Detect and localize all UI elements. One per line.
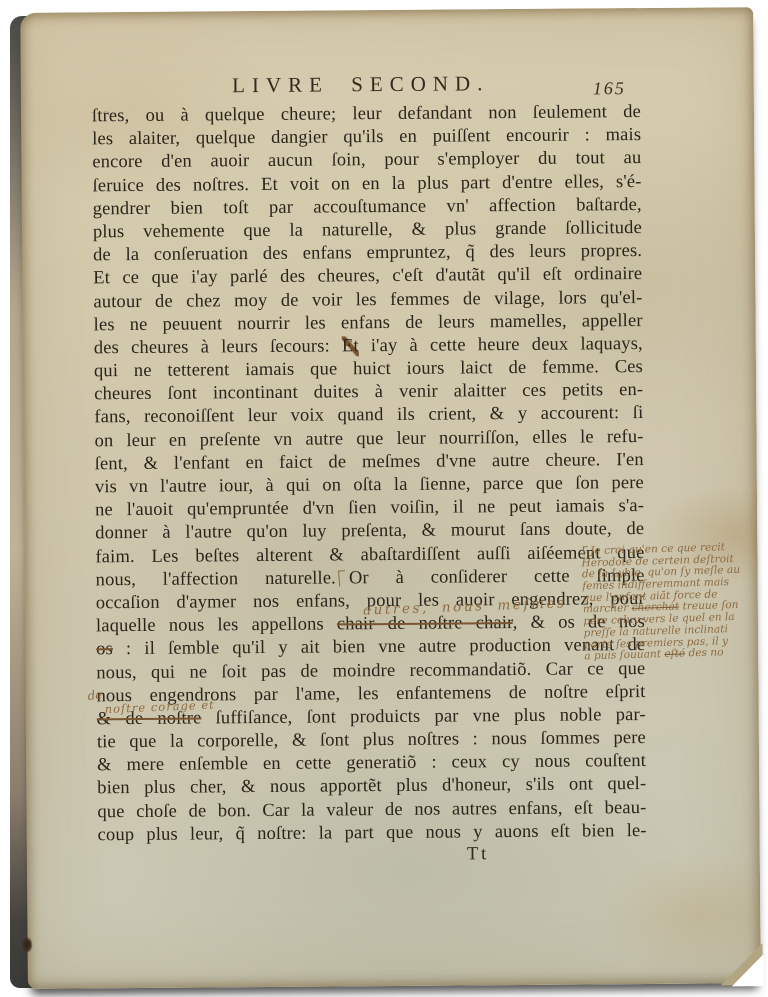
page-corner-cut [732, 954, 764, 986]
text-segment: fans, reconoiſſent leur voix quand ils c… [94, 403, 643, 427]
text-segment: nous, qui ne ſoit pas de moindre recomma… [96, 659, 645, 683]
text-segment: faim. Les beſtes alterent & abaſtardiſſe… [95, 543, 644, 567]
text-segment: bien plus cher, & nous apportẽt plus d'h… [97, 774, 646, 798]
page-number: 165 [593, 78, 626, 99]
text-line: a puis ſouuant eſté des no [584, 646, 760, 663]
text-segment: ſent, & l'enfant en faict de meſmes d'vn… [95, 450, 644, 474]
text-segment: les ne peuuent nourrir les enfans de leu… [94, 311, 643, 335]
text-segment: les alaiter, quelque dangier qu'ils en p… [92, 125, 641, 149]
handwritten-left-margin-word: de [87, 688, 103, 704]
text-segment: vis vn l'autre iour, à qui on oſta la ſi… [95, 473, 644, 497]
text-segment: cheures ſont incontinant duites à venir … [94, 380, 643, 404]
text-segment: laquelle nous les appellons [96, 615, 337, 637]
text-segment: ne l'auoit qu'empruntée d'vn ſien voiſin… [95, 496, 644, 520]
text-segment: : il ſemble qu'il y ait bien vne autre p… [113, 635, 645, 659]
struck-text: eſté [664, 648, 685, 661]
text-segment: plus vehemente que la naturelle, & plus … [93, 218, 642, 242]
text-segment: autour de chez moy de voir les femmes de… [93, 288, 642, 312]
text-segment: ſtres, ou à quelque cheure; leur defanda… [92, 102, 641, 126]
text-segment: donner à l'autre qu'on luy preſenta, & m… [95, 519, 644, 543]
signature-mark: Tt [467, 844, 490, 865]
handwritten-right-margin-note: Je croi qu'en ce que recitHerodote de ce… [581, 541, 761, 672]
struck-text: Et [342, 336, 359, 356]
text-line: coup plus leur, q̃ noſtre: la part que n… [98, 820, 647, 847]
text-segment: gendrer bien toſt par accouſtumance vn' … [93, 195, 642, 219]
text-segment: qui ne tetterent iamais que huict iours … [94, 357, 643, 381]
book-page-scan: ֊֊֊ LIVRE SECOND. 165 ſtres, ou à quelqu… [0, 0, 768, 997]
wormhole-spot [21, 937, 32, 953]
text-segment: des cheures à leurs ſecours: [94, 336, 342, 358]
text-segment: de la conſeruation des enfans empruntez,… [93, 241, 642, 265]
text-segment: i'ay à cette heure deux laquays, [359, 334, 643, 356]
text-segment: ſuffiſance, ſont produicts par vne plus … [201, 705, 645, 728]
running-title: LIVRE SECOND. [81, 70, 641, 99]
text-segment: ſeruice des noſtres. Et voit on en la pl… [92, 172, 641, 196]
text-segment: des no [685, 646, 724, 659]
text-segment: que choſe de bon. Car la valeur de nos a… [97, 798, 646, 822]
text-segment: tie que la corporelle, & ſont plus noſtr… [97, 728, 646, 752]
text-segment: a puis ſouuant [584, 648, 665, 662]
struck-text: os [96, 639, 113, 659]
text-segment: encore d'en auoir aucun ſoin, pour s'emp… [92, 148, 641, 172]
text-segment: & mere enſemble en cette generatiõ : ceu… [97, 751, 646, 775]
text-segment: coup plus leur, q̃ noſtre: la part que n… [98, 821, 647, 845]
page-paper: ֊֊֊ LIVRE SECOND. 165 ſtres, ou à quelqu… [20, 7, 761, 989]
text-segment: on leur en preſente vn autre que leur no… [94, 427, 643, 451]
insertion-mark-icon [338, 570, 346, 586]
body-text: ſtres, ou à quelque cheure; leur defanda… [92, 101, 647, 847]
text-segment: nous, l'affection naturelle. [96, 568, 336, 590]
text-segment: Et ce que i'ay parlé des cheures, c'eſt … [93, 264, 642, 288]
insertion-mark-icon [583, 546, 589, 555]
